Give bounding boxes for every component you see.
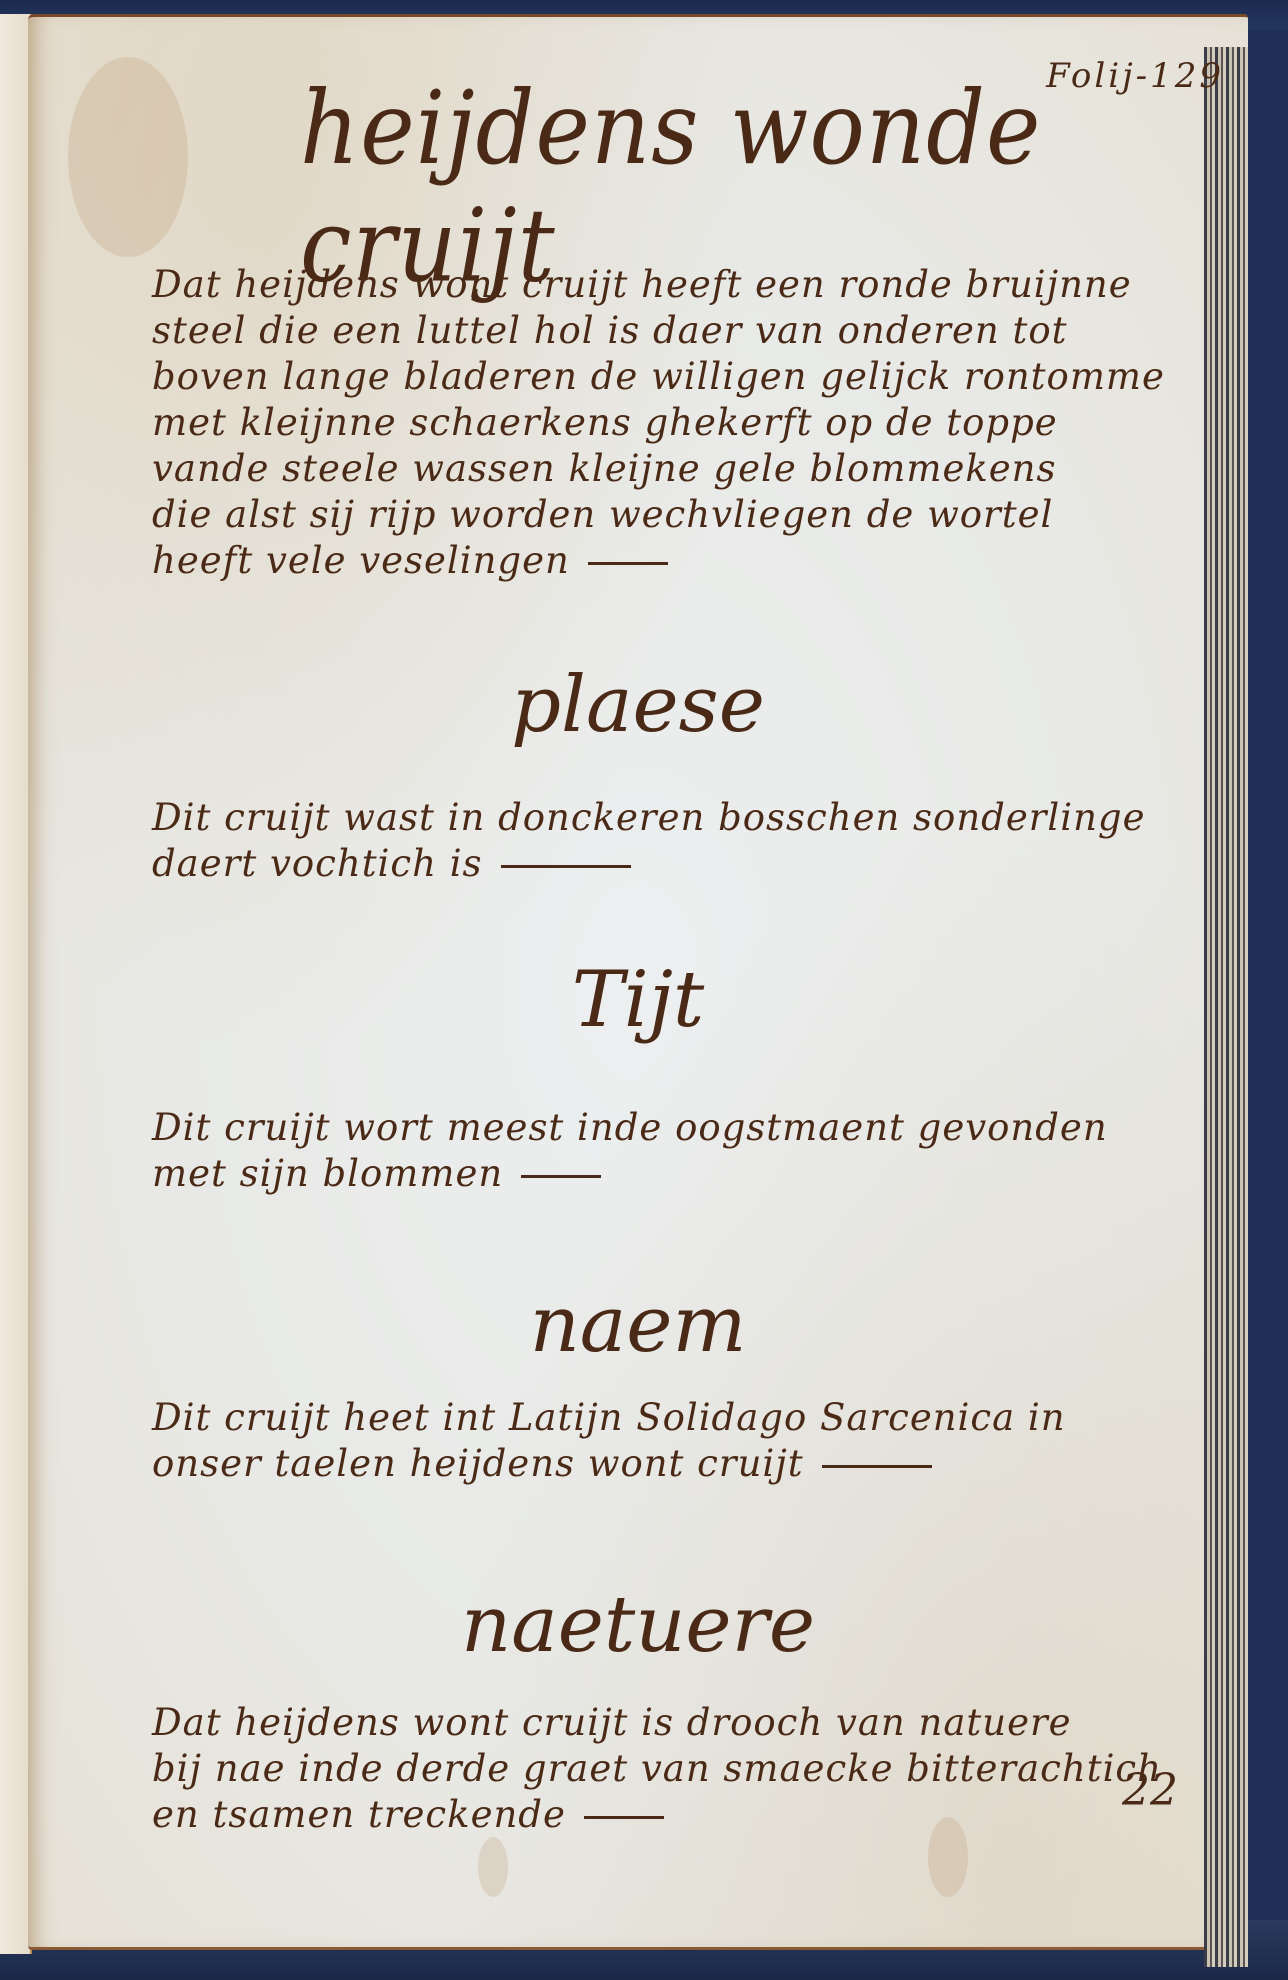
text-line-content: onser taelen heijdens wont cruijt [152,1442,804,1485]
line-end-dash [521,1175,601,1178]
section-description: Dat heijdens wont cruijt heeft een ronde… [152,262,1202,584]
section-heading-naem: naem [28,1280,1248,1370]
text-line: en tsamen treckende [152,1792,1202,1838]
line-end-dash [822,1465,932,1468]
text-line: Dit cruijt wort meest inde oogstmaent ge… [152,1105,1202,1151]
section-naem-body: Dit cruijt heet int Latijn Solidago Sarc… [152,1395,1202,1487]
text-line-content: heeft vele veselingen [152,539,570,582]
text-line: onser taelen heijdens wont cruijt [152,1441,1202,1487]
text-line: Dit cruijt heet int Latijn Solidago Sarc… [152,1395,1202,1441]
paper-stain [68,57,188,257]
text-line: Dat heijdens wont cruijt is drooch van n… [152,1700,1202,1746]
text-line-content: en tsamen treckende [152,1793,566,1836]
section-heading-plaese: plaese [28,660,1248,750]
text-line-content: met sijn blommen [152,1152,503,1195]
section-naetuere-body: Dat heijdens wont cruijt is drooch van n… [152,1700,1202,1838]
text-line-content: daert vochtich is [152,842,483,885]
text-line: Dit cruijt wast in donckeren bosschen so… [152,795,1202,841]
text-line: steel die een luttel hol is daer van ond… [152,308,1202,354]
section-tijt-body: Dit cruijt wort meest inde oogstmaent ge… [152,1105,1202,1197]
text-line: Dat heijdens wont cruijt heeft een ronde… [152,262,1202,308]
line-end-dash [501,865,631,868]
line-end-dash [584,1816,664,1819]
marginal-mark: 22 [1122,1765,1178,1816]
text-line: met kleijnne schaerkens ghekerft op de t… [152,400,1202,446]
text-line: bij nae inde derde graet van smaecke bit… [152,1746,1202,1792]
text-line: daert vochtich is [152,841,1202,887]
text-line: boven lange bladeren de willigen gelijck… [152,354,1202,400]
line-end-dash [588,562,668,565]
paper-stain [478,1837,508,1897]
text-line: heeft vele veselingen [152,538,1202,584]
text-line: die alst sij rijp worden wechvliegen de … [152,492,1202,538]
text-line: met sijn blommen [152,1151,1202,1197]
section-heading-naetuere: naetuere [28,1580,1248,1670]
section-heading-tijt: Tijt [28,955,1248,1045]
section-plaese-body: Dit cruijt wast in donckeren bosschen so… [152,795,1202,887]
text-line: vande steele wassen kleijne gele blommek… [152,446,1202,492]
